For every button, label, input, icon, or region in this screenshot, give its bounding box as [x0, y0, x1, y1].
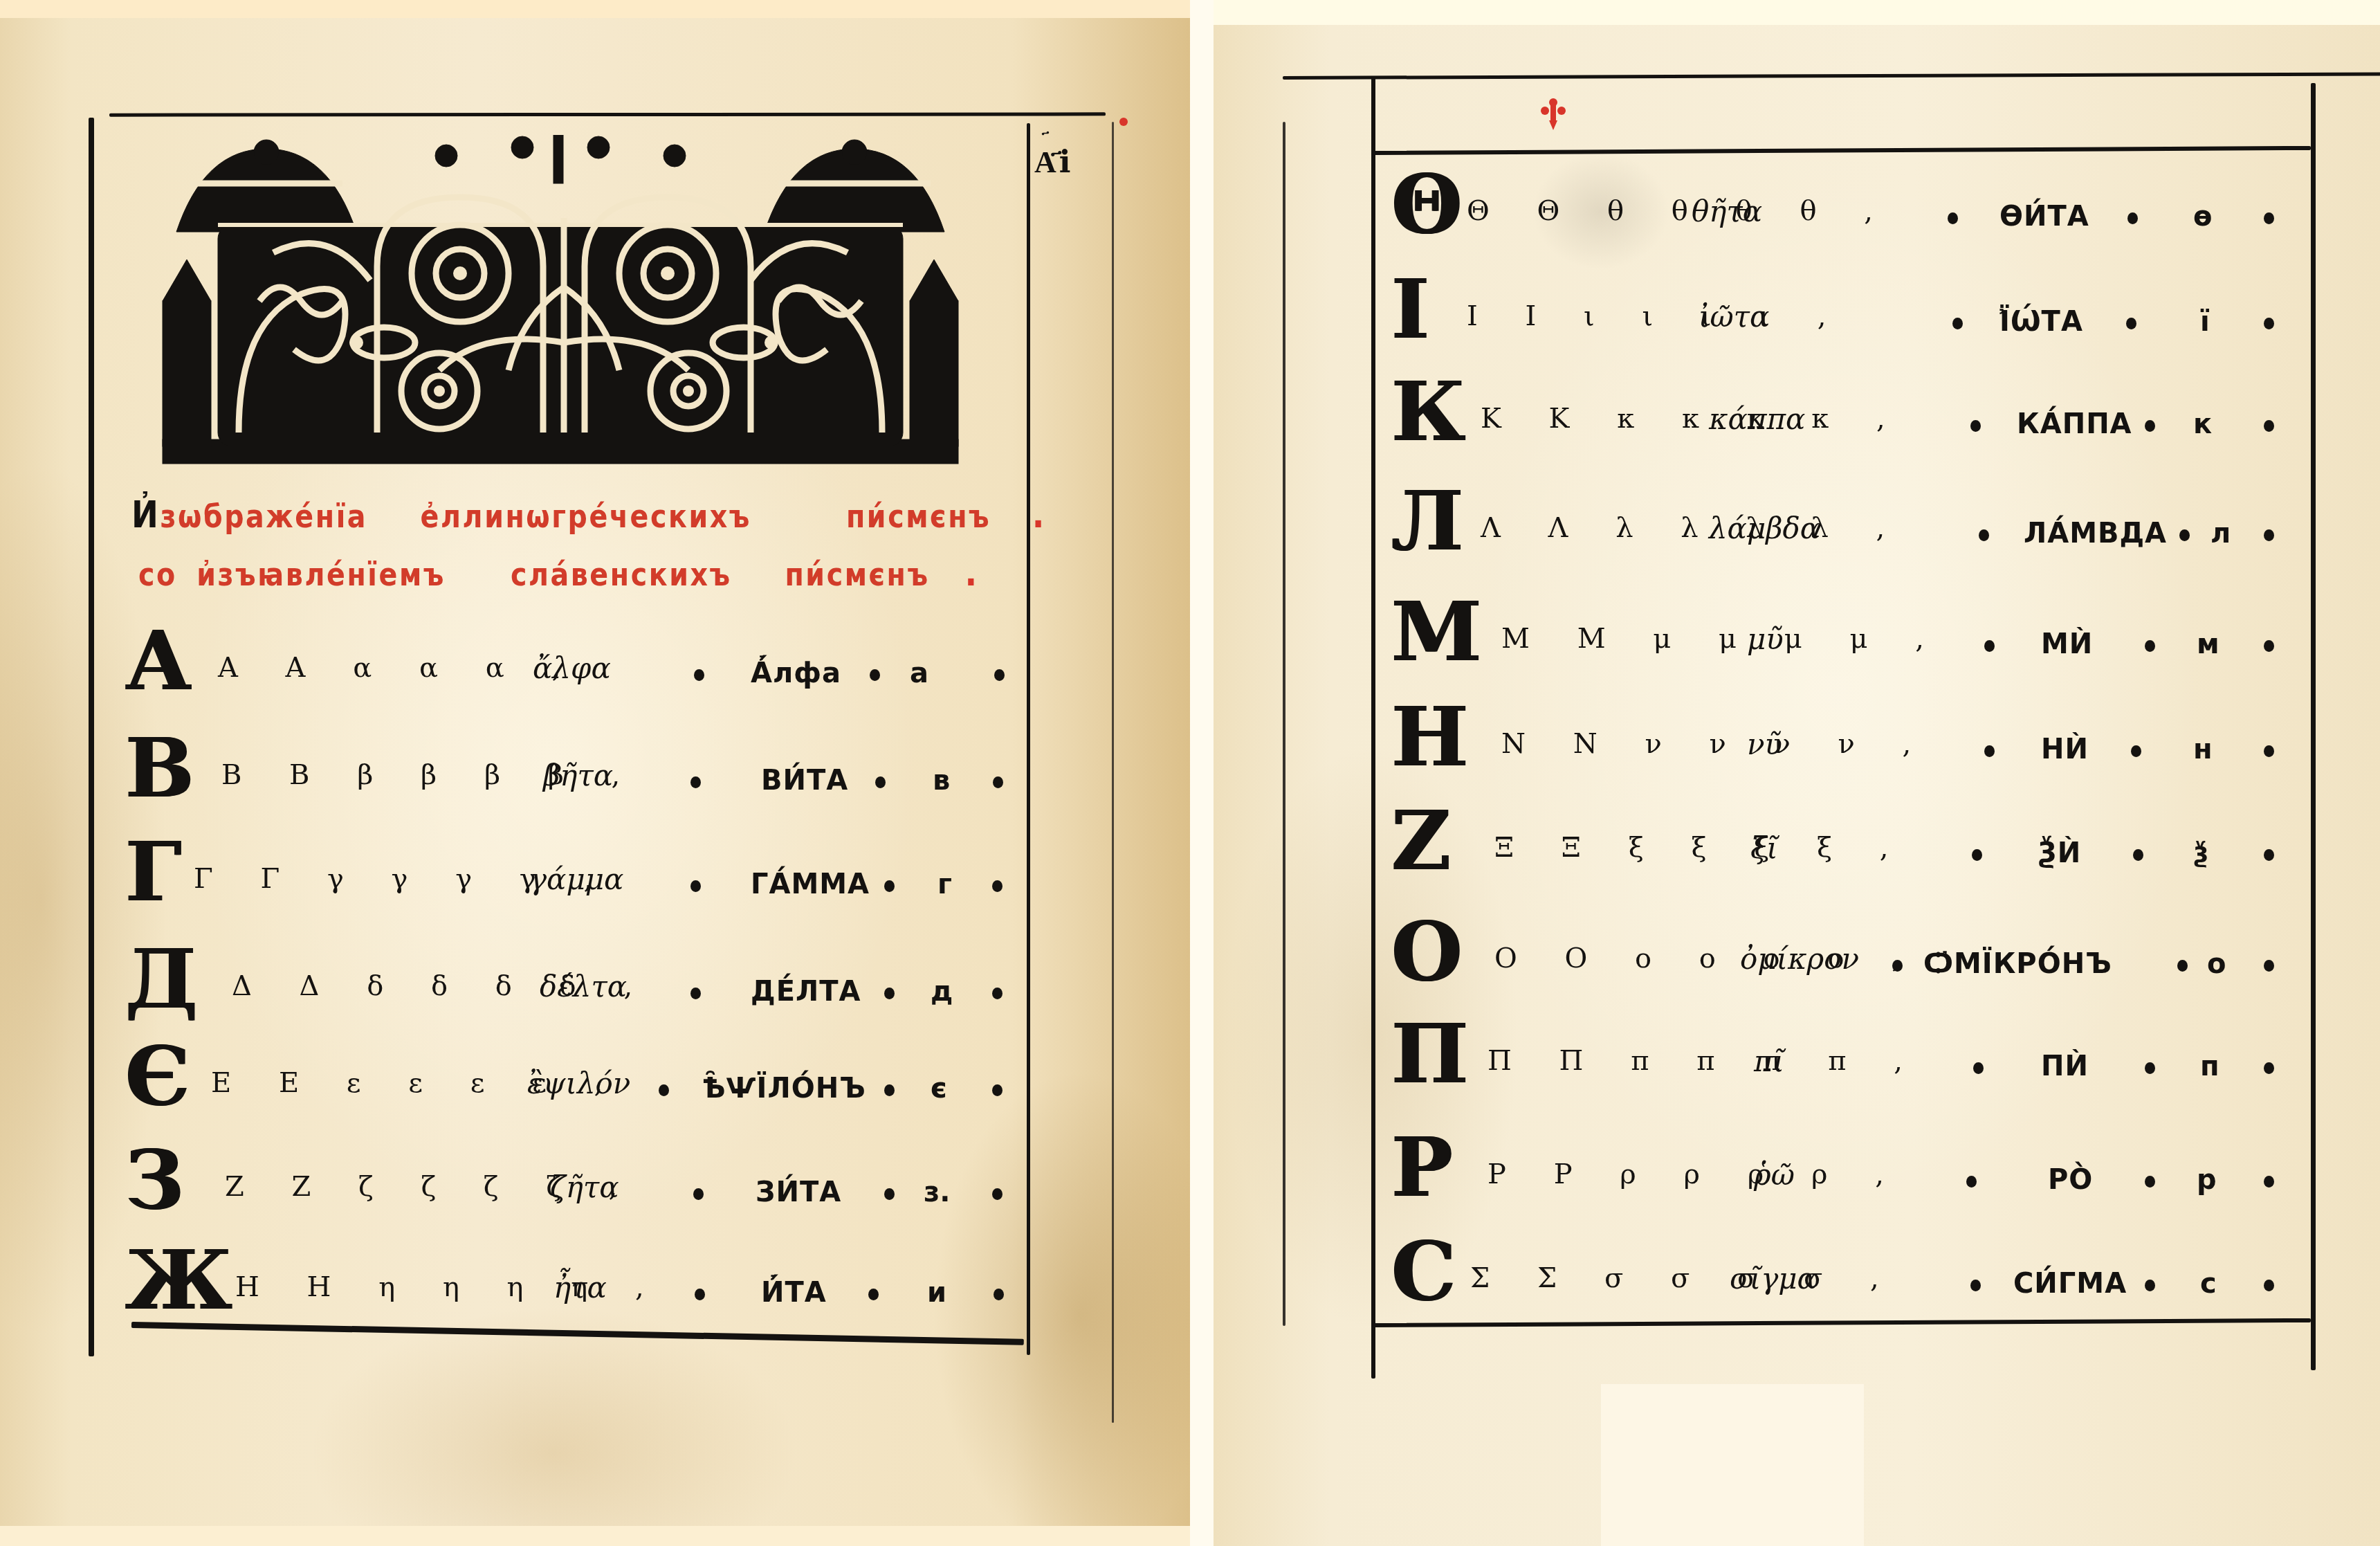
- separator-dot: [2127, 212, 2138, 224]
- separator-dot: [2264, 1280, 2274, 1291]
- slavonic-letter-name: А҆́лфа: [751, 657, 841, 689]
- separator-dot: [2179, 529, 2190, 541]
- greek-letter-name: γάμμα: [529, 862, 623, 896]
- separator-dot: [2131, 745, 2141, 757]
- left-page: ҃ А҃і: [0, 0, 1190, 1546]
- separator-dot: [2177, 960, 2188, 972]
- page-gutter: [1190, 0, 1214, 1546]
- slavonic-letter: г: [937, 869, 952, 900]
- slavonic-letter: л: [2210, 518, 2231, 549]
- ornamental-initial: Д: [125, 938, 197, 1020]
- greek-letter-forms: Ν Ν ν ν ν ν ,: [1501, 728, 1930, 760]
- separator-dot: [993, 776, 1003, 788]
- greek-letter-name: δέλτα: [540, 970, 627, 1003]
- red-cross-ornament-icon: [1539, 97, 1567, 131]
- slavonic-letter-name: ВИ́ТА: [761, 765, 848, 797]
- separator-dot: [1970, 420, 1981, 432]
- separator-dot: [2264, 318, 2274, 329]
- greek-letter-forms: Σ Σ σ σ σ σ ,: [1470, 1262, 1898, 1294]
- separator-dot: [2145, 420, 2155, 432]
- separator-dot: [2145, 640, 2155, 652]
- separator-dot: [695, 1289, 705, 1300]
- greek-letter-name: ξῖ: [1750, 831, 1778, 865]
- frame-rule-bottom: [1374, 1318, 2311, 1327]
- slavonic-letter-name: КА́ППА: [2017, 408, 2132, 440]
- frame-rule-outer-top: [1283, 72, 2380, 80]
- ornamental-initial: К: [1391, 371, 1465, 453]
- frame-rule-outer-left: [1283, 122, 1285, 1326]
- separator-dot: [884, 880, 895, 892]
- title-line-2: со и҆зъꙗвле́нїемъ сла́венскихъ пи́смєнъ …: [138, 551, 979, 594]
- title-word: зѡбраже́нїа: [160, 498, 367, 535]
- slavonic-letter-name: МЍ: [2041, 628, 2093, 660]
- separator-dot: [875, 776, 886, 788]
- separator-dot: [884, 1084, 895, 1096]
- separator-dot: [1966, 1176, 1977, 1188]
- separator-dot: [659, 1084, 669, 1096]
- greek-letter-name: ἦτα: [553, 1271, 607, 1304]
- greek-letter-name: σῖγμα: [1730, 1262, 1817, 1295]
- slavonic-letter: к: [2193, 408, 2212, 440]
- frame-rule-inner-left: [1371, 78, 1375, 1379]
- greek-letter-forms: Ι Ι ι ι ι ι ,: [1467, 300, 1845, 332]
- greek-letter-forms: Α Α α α α ,: [218, 652, 580, 684]
- title-line-1: И҆зѡбраже́нїа е҆ллинѡгре́ческихъ пи́смєн…: [131, 493, 1046, 536]
- frame-rule-inner-right: [1027, 123, 1030, 1355]
- greek-letter-name: θῆτα: [1692, 194, 1762, 228]
- greek-letter-forms: Ξ Ξ ξ ξ ξ ξ ,: [1494, 832, 1907, 864]
- slavonic-letter: в: [933, 765, 950, 797]
- separator-dot: [992, 988, 1003, 999]
- title-word: со: [138, 556, 177, 593]
- separator-dot: [690, 988, 701, 999]
- scan-border-top: [1214, 0, 2380, 25]
- separator-dot: [1984, 745, 1995, 757]
- separator-dot: [884, 1188, 895, 1200]
- ornamental-initial: Л: [1391, 480, 1463, 562]
- separator-dot: [1948, 212, 1958, 224]
- ornamental-initial: Н: [1391, 696, 1468, 778]
- separator-dot: [994, 669, 1005, 681]
- separator-dot: [2264, 529, 2274, 541]
- title-word: е҆ллинѡгре́ческихъ: [421, 498, 752, 535]
- greek-letter-name: κάππα: [1709, 402, 1805, 436]
- slavonic-letter: є: [931, 1073, 947, 1104]
- title-word: пи́смєнъ: [785, 556, 929, 593]
- red-ink-mark: [1119, 118, 1128, 126]
- separator-dot: [2145, 1062, 2155, 1074]
- greek-letter-forms: Μ Μ μ μ μ μ ,: [1501, 623, 1943, 655]
- scan-border-bottom: [0, 1526, 1190, 1546]
- greek-letter-name: ἄλφα: [533, 651, 611, 685]
- ornamental-initial: Θ: [1391, 163, 1462, 245]
- title-word: пи́смєнъ: [846, 498, 991, 535]
- greek-letter-forms: Κ Κ κ κ κ κ ,: [1481, 403, 1905, 435]
- slavonic-letter-name: СИ́ГМА: [2013, 1268, 2127, 1300]
- separator-dot: [2145, 1176, 2155, 1188]
- separator-dot: [884, 988, 895, 999]
- ornamental-initial: Ж: [125, 1239, 232, 1321]
- slavonic-letter-name: ЗИ́ТА: [756, 1176, 841, 1208]
- separator-dot: [1973, 1062, 1984, 1074]
- separator-dot: [870, 669, 880, 681]
- frame-rule-bottom: [131, 1322, 1024, 1345]
- greek-letter-name: ῥῶ: [1754, 1158, 1795, 1192]
- slavonic-letter: ї: [2200, 306, 2210, 338]
- title-word: сла́венскихъ: [511, 556, 732, 593]
- greek-letter-forms: Θ Θ θ θ θ θ ,: [1467, 195, 1892, 227]
- separator-dot: [1979, 529, 1989, 541]
- slavonic-letter-name: РО̀: [2048, 1164, 2093, 1196]
- separator-dot: [2133, 849, 2143, 861]
- frame-rule-right: [2311, 83, 2316, 1370]
- greek-letter-name: νῦ: [1747, 727, 1782, 761]
- slavonic-letter-name: ГА́ММА: [751, 869, 870, 900]
- slavonic-letter-name: Ї҆Ѡ́ТА: [1999, 306, 2083, 338]
- frame-rule-top: [109, 112, 1106, 116]
- folio-label: А҃і: [1034, 145, 1074, 180]
- slavonic-letter-name: ПЍ: [2041, 1051, 2089, 1082]
- ornamental-initial: І: [1391, 269, 1429, 350]
- greek-letter-forms: Π Π π π π π ,: [1487, 1045, 1922, 1077]
- separator-dot: [868, 1289, 879, 1300]
- separator-dot: [1972, 849, 1982, 861]
- paper-fade: [1601, 1384, 1864, 1546]
- slavonic-letter: з.: [924, 1176, 950, 1208]
- separator-dot: [2264, 960, 2274, 972]
- greek-letter-name: βῆτα: [543, 758, 613, 792]
- ornamental-initial: Г: [125, 831, 181, 913]
- ornamental-initial: О: [1391, 911, 1462, 992]
- greek-letter-name: ἰῶτα: [1699, 300, 1769, 334]
- ornamental-initial: С: [1391, 1230, 1456, 1312]
- folio-number: ҃ А҃і: [1034, 135, 1074, 180]
- ornamental-initial: А: [125, 620, 191, 702]
- separator-dot: [694, 669, 704, 681]
- separator-dot: [2264, 1062, 2274, 1074]
- ornamental-initial: Р: [1391, 1127, 1452, 1208]
- separator-dot: [992, 1188, 1003, 1200]
- separator-dot: [1984, 640, 1995, 652]
- separator-dot: [994, 1289, 1004, 1300]
- slavonic-letter-name: ѮЍ: [2038, 837, 2081, 869]
- scan-border-top: [0, 0, 1190, 18]
- separator-dot: [693, 1188, 704, 1200]
- slavonic-letter: н: [2193, 734, 2213, 765]
- greek-letter-name: λάμβδα: [1709, 511, 1820, 545]
- ornamental-initial: Є: [125, 1035, 190, 1117]
- separator-dot: [2264, 1176, 2274, 1188]
- greek-letter-name: πῖ: [1754, 1044, 1784, 1078]
- ornamental-initial: В: [125, 727, 194, 809]
- slavonic-letter-name: ДЕ́ЛТА: [751, 976, 861, 1008]
- separator-dot: [2264, 212, 2274, 224]
- title-end-dot: .: [1032, 493, 1046, 536]
- greek-letter-name: μῦ: [1747, 622, 1784, 656]
- title-end-dot: .: [965, 551, 979, 594]
- greek-letter-name: ἒψιλόν: [527, 1066, 630, 1100]
- greek-letter-name: ὀμίκρον: [1740, 942, 1859, 976]
- separator-dot: [690, 880, 701, 892]
- slavonic-letter: о: [2207, 948, 2226, 980]
- slavonic-letter-name: Ѣ̑ѰЇЛО́НЪ: [702, 1073, 866, 1104]
- title-word: и҆зъꙗвле́нїемъ: [196, 556, 446, 593]
- frame-rule-left: [89, 118, 94, 1356]
- separator-dot: [1970, 1280, 1981, 1291]
- separator-dot: [690, 776, 701, 788]
- ornamental-initial: П: [1391, 1013, 1467, 1095]
- title-initial: И҆: [131, 493, 160, 536]
- slavonic-letter: д: [931, 976, 953, 1008]
- ornamental-initial: Ζ: [1391, 800, 1450, 882]
- ornamental-initial: З: [125, 1139, 183, 1221]
- slavonic-letter-name: ѲИ́ТА: [1999, 201, 2089, 233]
- slavonic-letter-name: И҆́ТА: [761, 1277, 827, 1309]
- slavonic-letter-name: Ѻ҆МЇКРО́НЪ: [1923, 948, 2112, 980]
- slavonic-letter: м: [2197, 628, 2219, 660]
- slavonic-letter: и: [927, 1277, 946, 1309]
- greek-letter-forms: Ρ Ρ ρ ρ ρ ρ ,: [1487, 1158, 1903, 1190]
- separator-dot: [1952, 318, 1963, 329]
- slavonic-letter: р: [2197, 1164, 2217, 1196]
- woodcut-headpiece-icon: [149, 135, 972, 471]
- greek-letter-forms: Λ Λ λ λ λ λ ,: [1481, 512, 1904, 544]
- separator-dot: [2264, 640, 2274, 652]
- slavonic-letter: ѳ: [2193, 201, 2212, 233]
- frame-rule-inner-top: [1374, 146, 2311, 155]
- slavonic-letter-name: ЛА́МВДА: [2024, 518, 2167, 549]
- separator-dot: [1892, 960, 1903, 972]
- ornamental-initial: М: [1391, 591, 1481, 673]
- folio-titlo: ҃: [1045, 135, 1074, 145]
- slavonic-letter-name: НЍ: [2041, 734, 2089, 765]
- separator-dot: [2264, 849, 2274, 861]
- greek-letter-name: ζῆτα: [550, 1170, 619, 1204]
- separator-dot: [2264, 420, 2274, 432]
- slavonic-letter: ѯ: [2193, 837, 2208, 869]
- separator-dot: [2264, 745, 2274, 757]
- slavonic-letter: с: [2200, 1268, 2217, 1300]
- frame-rule-outer-right: [1112, 122, 1114, 1423]
- separator-dot: [992, 880, 1003, 892]
- separator-dot: [2145, 1280, 2155, 1291]
- separator-dot: [2126, 318, 2136, 329]
- separator-dot: [992, 1084, 1003, 1096]
- slavonic-letter: а: [910, 657, 928, 689]
- slavonic-letter: п: [2200, 1051, 2219, 1082]
